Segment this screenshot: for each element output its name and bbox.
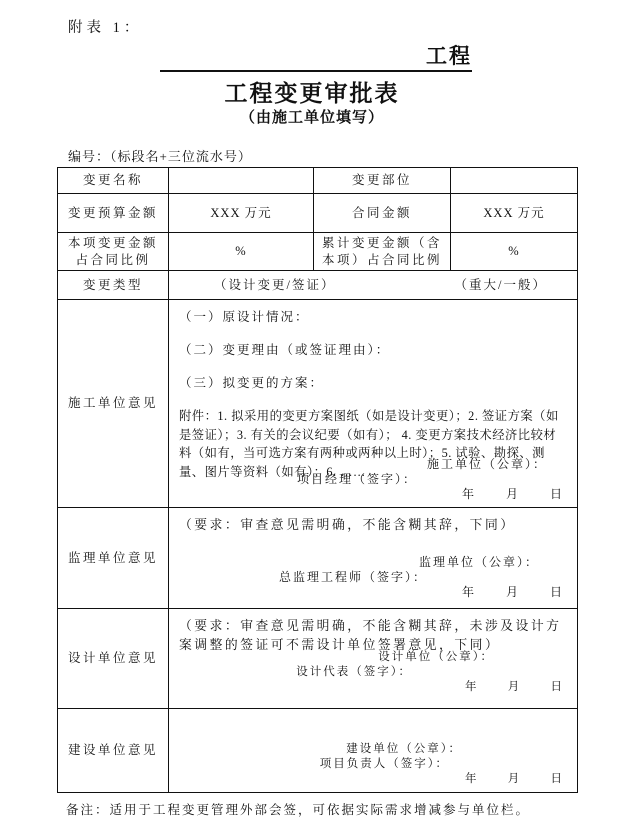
item-change-reason: （二）变更理由（或签证理由）： — [179, 341, 567, 360]
design-unit-opinion-cell: （要求：审查意见需明确，不能含糊其辞，未涉及设计方案调整的签证可不需设计单位签署… — [169, 609, 578, 709]
change-type-label: 变更类型 — [58, 271, 169, 300]
project-name-blank-line: 工程 — [160, 42, 472, 72]
serial-number-label: 编号：（标段名+三位流水号） — [68, 146, 252, 165]
supervision-unit-opinion-label: 监理单位意见 — [58, 508, 169, 609]
change-type-value-cell: （设计变更/签证） （重大/一般） — [169, 271, 578, 300]
table-row: 变更类型 （设计变更/签证） （重大/一般） — [58, 271, 578, 300]
date-line: 年 月 日 — [169, 487, 577, 502]
table-row: 变更预算金额 XXX 万元 合同金额 XXX 万元 — [58, 194, 578, 233]
chief-supervision-engineer-signature-line: 总监理工程师（签字）： — [169, 570, 577, 585]
design-unit-seal-line: 设计单位（公章）： — [169, 650, 577, 665]
form-title: 工程变更审批表 — [0, 75, 624, 108]
project-manager-signature-line: 项目经理（签字）： — [169, 472, 577, 487]
project-director-signature-line: 项目负责人（签字）： — [169, 757, 577, 772]
supervision-requirement-note: （要求：审查意见需明确，不能含糊其辞，下同） — [179, 516, 567, 535]
change-name-label: 变更名称 — [58, 168, 169, 194]
item-original-design: （一）原设计情况： — [179, 308, 567, 327]
item-proposed-plan: （三）拟变更的方案： — [179, 374, 567, 393]
design-unit-opinion-label: 设计单位意见 — [58, 609, 169, 709]
table-row: 变更名称 变更部位 — [58, 168, 578, 194]
construction-unit-opinion-cell: （一）原设计情况： （二）变更理由（或签证理由）： （三）拟变更的方案： 附件：… — [169, 300, 578, 508]
footnote: 备注：适用于工程变更管理外部会签，可依据实际需求增减参与单位栏。 — [66, 800, 530, 818]
section-row-construction-unit: 施工单位意见 （一）原设计情况： （二）变更理由（或签证理由）： （三）拟变更的… — [58, 300, 578, 508]
change-location-value-cell — [451, 168, 578, 194]
section-row-owner-unit: 建设单位意见 建设单位（公章）： 项目负责人（签字）： 年 月 日 — [58, 709, 578, 793]
current-change-ratio-value-cell: % — [169, 233, 314, 271]
change-budget-value-cell: XXX 万元 — [169, 194, 314, 233]
section-row-design-unit: 设计单位意见 （要求：审查意见需明确，不能含糊其辞，未涉及设计方案调整的签证可不… — [58, 609, 578, 709]
owner-unit-opinion-label: 建设单位意见 — [58, 709, 169, 793]
supervision-unit-seal-line: 监理单位（公章）： — [169, 555, 577, 570]
change-type-option-left: （设计变更/签证） — [214, 277, 335, 294]
design-representative-signature-line: 设计代表（签字）： — [169, 665, 577, 680]
cumulative-change-ratio-value-cell: % — [451, 233, 578, 271]
contract-amount-value-cell: XXX 万元 — [451, 194, 578, 233]
cumulative-change-ratio-label: 累计变更金额（含本项）占合同比例 — [314, 233, 451, 271]
change-name-value-cell — [169, 168, 314, 194]
form-subtitle: （由施工单位填写） — [0, 106, 624, 127]
date-line: 年 月 日 — [169, 680, 577, 695]
document-page: 附表 1： 工程 工程变更审批表 （由施工单位填写） 编号：（标段名+三位流水号… — [0, 0, 624, 822]
annex-label: 附表 1： — [68, 16, 142, 37]
construction-unit-seal-line: 施工单位（公章）： — [169, 457, 577, 472]
section-row-supervision-unit: 监理单位意见 （要求：审查意见需明确，不能含糊其辞，下同） 监理单位（公章）： … — [58, 508, 578, 609]
change-budget-label: 变更预算金额 — [58, 194, 169, 233]
date-line: 年 月 日 — [169, 772, 577, 787]
owner-unit-seal-line: 建设单位（公章）： — [169, 742, 577, 757]
construction-unit-opinion-label: 施工单位意见 — [58, 300, 169, 508]
owner-unit-opinion-cell: 建设单位（公章）： 项目负责人（签字）： 年 月 日 — [169, 709, 578, 793]
change-type-option-right: （重大/一般） — [455, 277, 547, 294]
current-change-ratio-label: 本项变更金额占合同比例 — [58, 233, 169, 271]
approval-form-table: 变更名称 变更部位 变更预算金额 XXX 万元 合同金额 XXX 万元 本项变更… — [57, 167, 578, 793]
table-row: 本项变更金额占合同比例 % 累计变更金额（含本项）占合同比例 % — [58, 233, 578, 271]
change-location-label: 变更部位 — [314, 168, 451, 194]
date-line: 年 月 日 — [169, 585, 577, 600]
contract-amount-label: 合同金额 — [314, 194, 451, 233]
supervision-unit-opinion-cell: （要求：审查意见需明确，不能含糊其辞，下同） 监理单位（公章）： 总监理工程师（… — [169, 508, 578, 609]
project-name-suffix: 工程 — [426, 44, 472, 68]
